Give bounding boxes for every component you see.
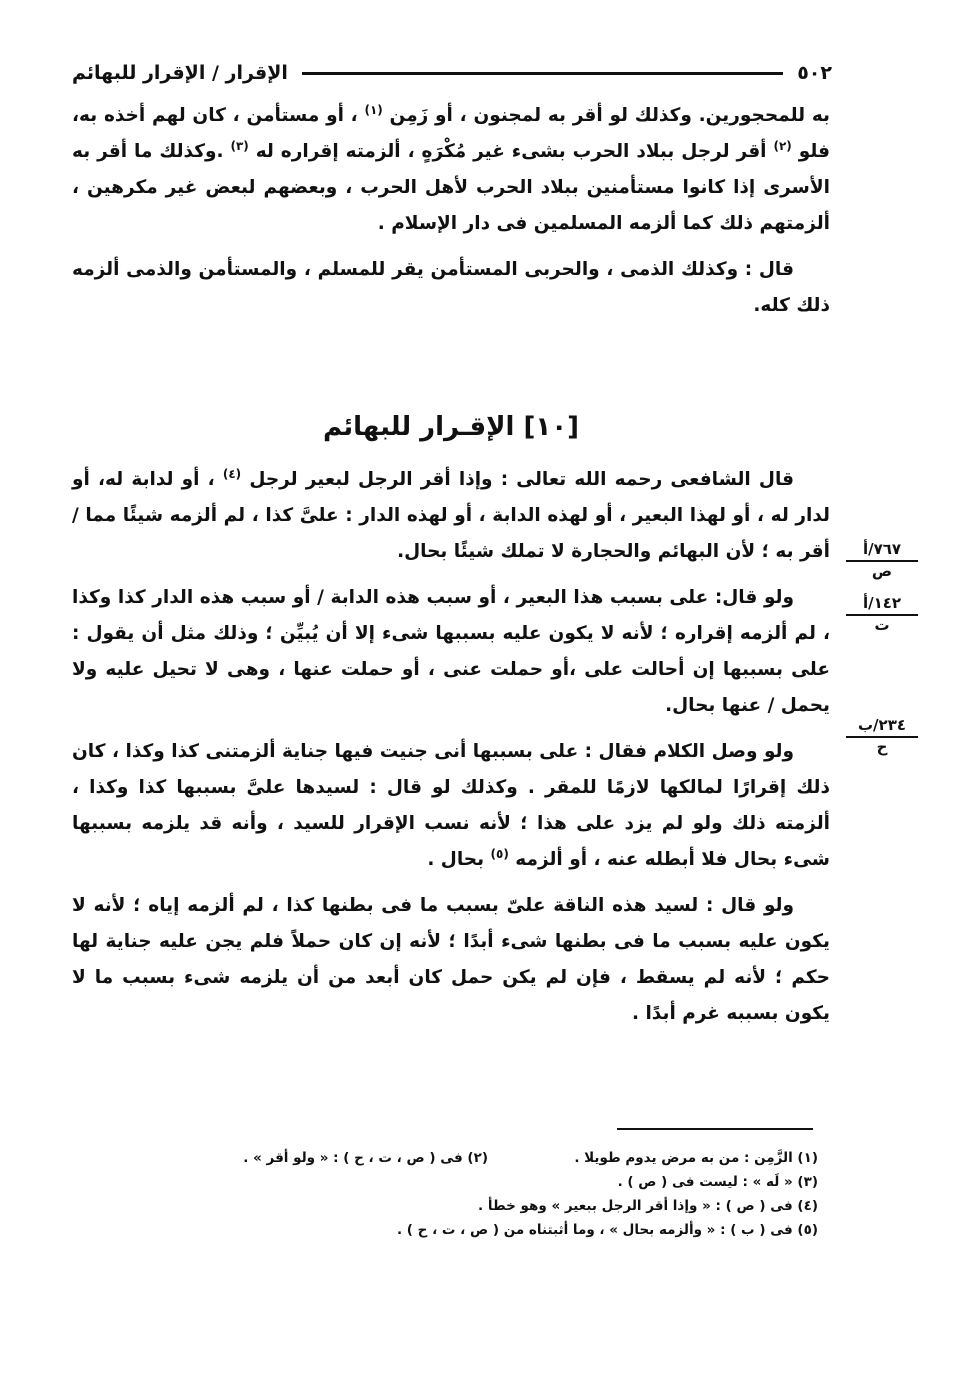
margin-note-manuscript-t: ١٤٢/أ ت <box>846 594 918 634</box>
footnotes: (١) الزَّمِن : من به مرض يدوم طويلا . (٢… <box>150 1146 818 1242</box>
speaker-lead: قال الشافعى <box>670 469 794 490</box>
margin-siglum: ص <box>846 562 918 580</box>
book-page: ٥٠٢ الإقرار / الإقرار للبهائم به للمحجور… <box>0 0 956 1382</box>
footnote-4: (٤) فى ( ص ) : « وإذا أقر الرجل ببعير » … <box>150 1194 818 1218</box>
footnote-ref[interactable]: (٢) <box>773 139 791 153</box>
margin-folio: ١٤٢/أ <box>846 594 918 616</box>
margin-folio: ٧٦٧/أ <box>846 540 918 562</box>
paragraph: ولو وصل الكلام فقال : على بسببها أنى جني… <box>72 734 830 878</box>
running-title: الإقرار / الإقرار للبهائم <box>72 62 288 84</box>
header-rule <box>302 72 783 75</box>
paragraph: قال الشافعى رحمه الله تعالى : وإذا أقر ا… <box>72 462 830 570</box>
page-number: ٥٠٢ <box>797 62 832 84</box>
paragraph: به للمحجورين. وكذلك لو أقر به لمجنون ، أ… <box>72 98 830 242</box>
text-run: قال : وكذلك الذمى ، والحربى المستأمن يقر… <box>72 259 830 316</box>
paragraph: ولو قال : لسيد هذه الناقة علىّ بسبب ما ف… <box>72 888 830 1032</box>
footnote-ref[interactable]: (٤) <box>223 467 241 481</box>
footnote-3: (٣) « لَه » : ليست فى ( ص ) . <box>150 1170 818 1194</box>
paragraph: قال : وكذلك الذمى ، والحربى المستأمن يقر… <box>72 252 830 324</box>
section-heading: [١٠] الإقـرار للبهائم <box>72 412 830 442</box>
text-run: ولو قال: على بسبب هذا البعير ، أو سبب هذ… <box>72 587 830 716</box>
text-run: بحال . <box>427 849 484 870</box>
footnote-ref[interactable]: (٣) <box>230 139 248 153</box>
text-run: ولو قال : لسيد هذه الناقة علىّ بسبب ما ف… <box>72 895 830 1024</box>
text-block-after: قال الشافعى رحمه الله تعالى : وإذا أقر ا… <box>72 462 830 1042</box>
text-block-before: به للمحجورين. وكذلك لو أقر به لمجنون ، أ… <box>72 98 830 334</box>
text-run: رحمه الله تعالى : وإذا أقر الرجل لبعير ل… <box>249 469 662 490</box>
paragraph: ولو قال: على بسبب هذا البعير ، أو سبب هذ… <box>72 580 830 724</box>
margin-siglum: ت <box>846 616 918 634</box>
footnote-row: (١) الزَّمِن : من به مرض يدوم طويلا . (٢… <box>150 1146 818 1170</box>
text-run: أقر لرجل ببلاد الحرب بشىء غير مُكْرَهٍ ،… <box>256 141 767 162</box>
text-run: به للمحجورين. وكذلك لو أقر به لمجنون ، أ… <box>390 105 830 126</box>
section-number: [١٠] <box>523 412 579 442</box>
margin-folio: ٢٣٤/ب <box>846 716 918 738</box>
footnote-2: (٢) فى ( ص ، ت ، ح ) : « ولو أقر » . <box>150 1146 488 1170</box>
margin-note-manuscript-h: ٢٣٤/ب ح <box>846 716 918 756</box>
margin-note-manuscript-s: ٧٦٧/أ ص <box>846 540 918 580</box>
margin-siglum: ح <box>846 738 918 756</box>
footnote-1: (١) الزَّمِن : من به مرض يدوم طويلا . <box>488 1146 818 1170</box>
page-header: ٥٠٢ الإقرار / الإقرار للبهائم <box>72 56 832 90</box>
footnote-5: (٥) فى ( ب ) : « وألزمه بحال » ، وما أثب… <box>150 1218 818 1242</box>
footnote-ref[interactable]: (٥) <box>491 847 509 861</box>
footnote-ref[interactable]: (١) <box>364 103 382 117</box>
section-title: الإقـرار للبهائم <box>323 412 514 442</box>
footnote-separator <box>617 1128 813 1130</box>
